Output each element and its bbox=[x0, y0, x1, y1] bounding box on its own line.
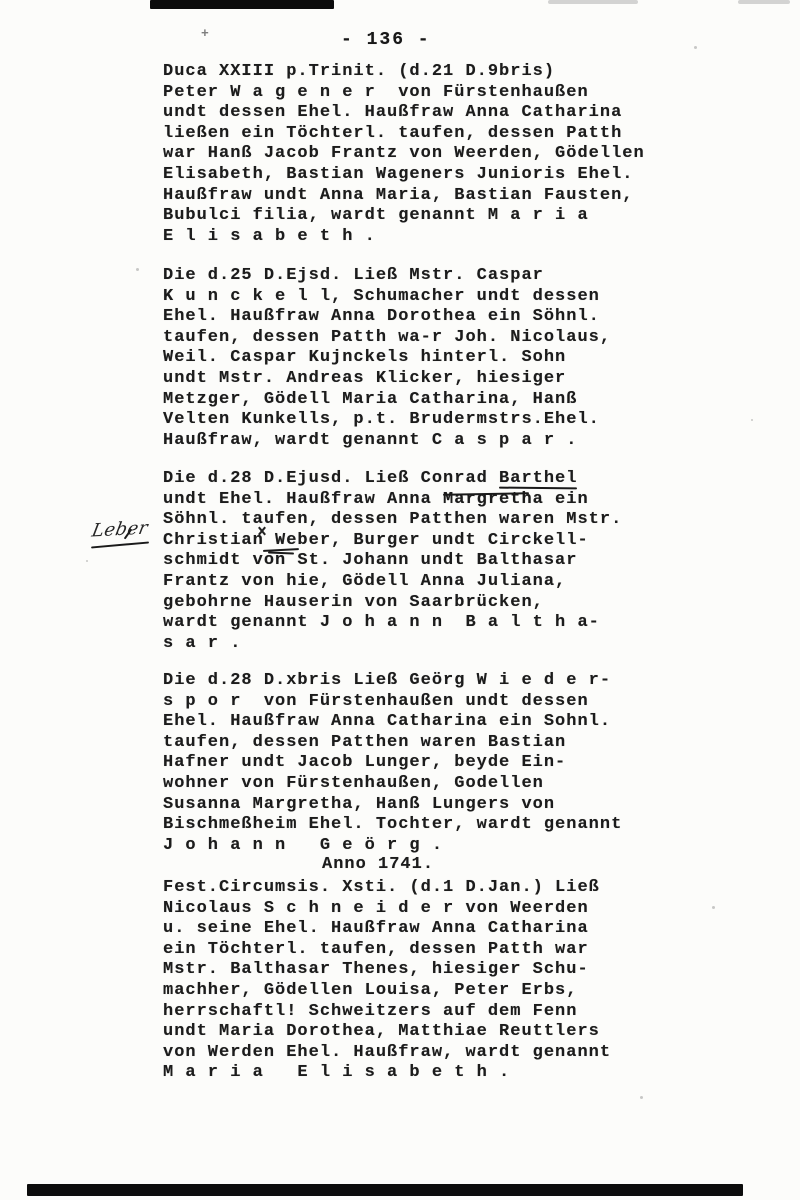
text-line: war Hanß Jacob Frantz von Weerden, Gödel… bbox=[163, 144, 703, 165]
text-line: E l i s a b e t h . bbox=[163, 227, 703, 248]
text-line: s p o r von Fürstenhaußen undt dessen bbox=[163, 692, 703, 713]
text-line: M a r i a E l i s a b e t h . bbox=[163, 1063, 703, 1084]
text-line: Frantz von hie, Gödell Anna Juliana, bbox=[163, 572, 703, 593]
scan-artifact-top-bar bbox=[150, 0, 334, 9]
text-line: Hafner undt Jacob Lunger, beyde Ein- bbox=[163, 753, 703, 774]
text-line: Nicolaus S c h n e i d e r von Weerden bbox=[163, 899, 703, 920]
page-number: - 136 - bbox=[341, 30, 431, 50]
text-line: ein Töchterl. taufen, dessen Patth war bbox=[163, 940, 703, 961]
scan-artifact-bottom-bar bbox=[27, 1184, 743, 1196]
scan-speck bbox=[640, 1096, 643, 1099]
margin-note-underline bbox=[91, 541, 149, 548]
scan-speck bbox=[751, 419, 753, 421]
text-line: Susanna Margretha, Hanß Lungers von bbox=[163, 795, 703, 816]
text-line: wardt genannt J o h a n n B a l t h a- bbox=[163, 613, 703, 634]
text-line: gebohrne Hauserin von Saarbrücken, bbox=[163, 593, 703, 614]
text-line: undt Mstr. Andreas Klicker, hiesiger bbox=[163, 369, 703, 390]
stray-plus-mark: + bbox=[201, 26, 209, 41]
scan-smudge bbox=[738, 0, 790, 4]
scan-speck bbox=[712, 906, 715, 909]
text-line: Söhnl. taufen, dessen Patthen waren Mstr… bbox=[163, 510, 703, 531]
scan-speck bbox=[136, 268, 139, 271]
baptism-entry-kunckell: Die d.25 D.Ejsd. Ließ Mstr. CasparK u n … bbox=[163, 266, 703, 451]
text-line: K u n c k e l l, Schumacher undt dessen bbox=[163, 287, 703, 308]
text-line: Die d.25 D.Ejsd. Ließ Mstr. Caspar bbox=[163, 266, 703, 287]
text-line: s a r . bbox=[163, 634, 703, 655]
text-line: machher, Gödellen Louisa, Peter Erbs, bbox=[163, 981, 703, 1002]
text-line: Ehel. Haußfraw Anna Catharina ein Sohnl. bbox=[163, 712, 703, 733]
text-line: Die d.28 D.Ejusd. Ließ Conrad Barthel bbox=[163, 469, 703, 490]
text-line: Metzger, Gödell Maria Catharina, Hanß bbox=[163, 390, 703, 411]
text-line: Velten Kunkells, p.t. Brudermstrs.Ehel. bbox=[163, 410, 703, 431]
baptism-entry-schneider: Fest.Circumsis. Xsti. (d.1 D.Jan.) LießN… bbox=[163, 878, 703, 1084]
anno-1741-heading: Anno 1741. bbox=[322, 855, 434, 874]
scan-speck bbox=[694, 46, 697, 49]
text-line: Fest.Circumsis. Xsti. (d.1 D.Jan.) Ließ bbox=[163, 878, 703, 899]
text-line: Haußfraw undt Anna Maria, Bastian Fauste… bbox=[163, 186, 703, 207]
text-line: taufen, dessen Patthen waren Bastian bbox=[163, 733, 703, 754]
text-line: herrschaftl! Schweitzers auf dem Fenn bbox=[163, 1002, 703, 1023]
text-line: wohner von Fürstenhaußen, Godellen bbox=[163, 774, 703, 795]
text-line: Die d.28 D.xbris Ließ Geörg W i e d e r- bbox=[163, 671, 703, 692]
text-line: Duca XXIII p.Trinit. (d.21 D.9bris) bbox=[163, 62, 703, 83]
text-line: Mstr. Balthasar Thenes, hiesiger Schu- bbox=[163, 960, 703, 981]
text-line: J o h a n n G e ö r g . bbox=[163, 836, 703, 857]
scanned-register-page: - 136 - + Duca XXIII p.Trinit. (d.21 D.9… bbox=[0, 0, 800, 1200]
text-line: Haußfraw, wardt genannt C a s p a r . bbox=[163, 431, 703, 452]
text-line: Bubulci filia, wardt genannt M a r i a bbox=[163, 206, 703, 227]
text-line: Weil. Caspar Kujnckels hinterl. Sohn bbox=[163, 348, 703, 369]
text-line: ließen ein Töchterl. taufen, dessen Patt… bbox=[163, 124, 703, 145]
text-line: undt Maria Dorothea, Matthiae Reuttlers bbox=[163, 1022, 703, 1043]
text-line: schmidt von St. Johann undt Balthasar bbox=[163, 551, 703, 572]
scan-speck bbox=[86, 560, 88, 562]
baptism-entry-wagener: Duca XXIII p.Trinit. (d.21 D.9bris)Peter… bbox=[163, 62, 703, 247]
text-line: Christian Weber, Burger undt Circkell- bbox=[163, 531, 703, 552]
text-line: Bischmeßheim Ehel. Tochter, wardt genann… bbox=[163, 815, 703, 836]
weber-insertion-mark bbox=[257, 526, 267, 536]
text-line: Elisabeth, Bastian Wageners Junioris Ehe… bbox=[163, 165, 703, 186]
text-line: undt dessen Ehel. Haußfraw Anna Catharin… bbox=[163, 103, 703, 124]
text-line: u. seine Ehel. Haußfraw Anna Catharina bbox=[163, 919, 703, 940]
text-line: von Werden Ehel. Haußfraw, wardt genannt bbox=[163, 1043, 703, 1064]
scan-smudge bbox=[548, 0, 638, 4]
baptism-entry-barthel: Die d.28 D.Ejusd. Ließ Conrad Barthelund… bbox=[163, 469, 703, 654]
baptism-entry-wiederspor: Die d.28 D.xbris Ließ Geörg W i e d e r-… bbox=[163, 671, 703, 856]
margin-annotation-leber: Leber bbox=[90, 517, 150, 541]
text-line: Peter W a g e n e r von Fürstenhaußen bbox=[163, 83, 703, 104]
text-line: undt Ehel. Haußfraw Anna Margretha ein bbox=[163, 490, 703, 511]
text-line: taufen, dessen Patth wa-r Joh. Nicolaus, bbox=[163, 328, 703, 349]
text-line: Ehel. Haußfraw Anna Dorothea ein Söhnl. bbox=[163, 307, 703, 328]
